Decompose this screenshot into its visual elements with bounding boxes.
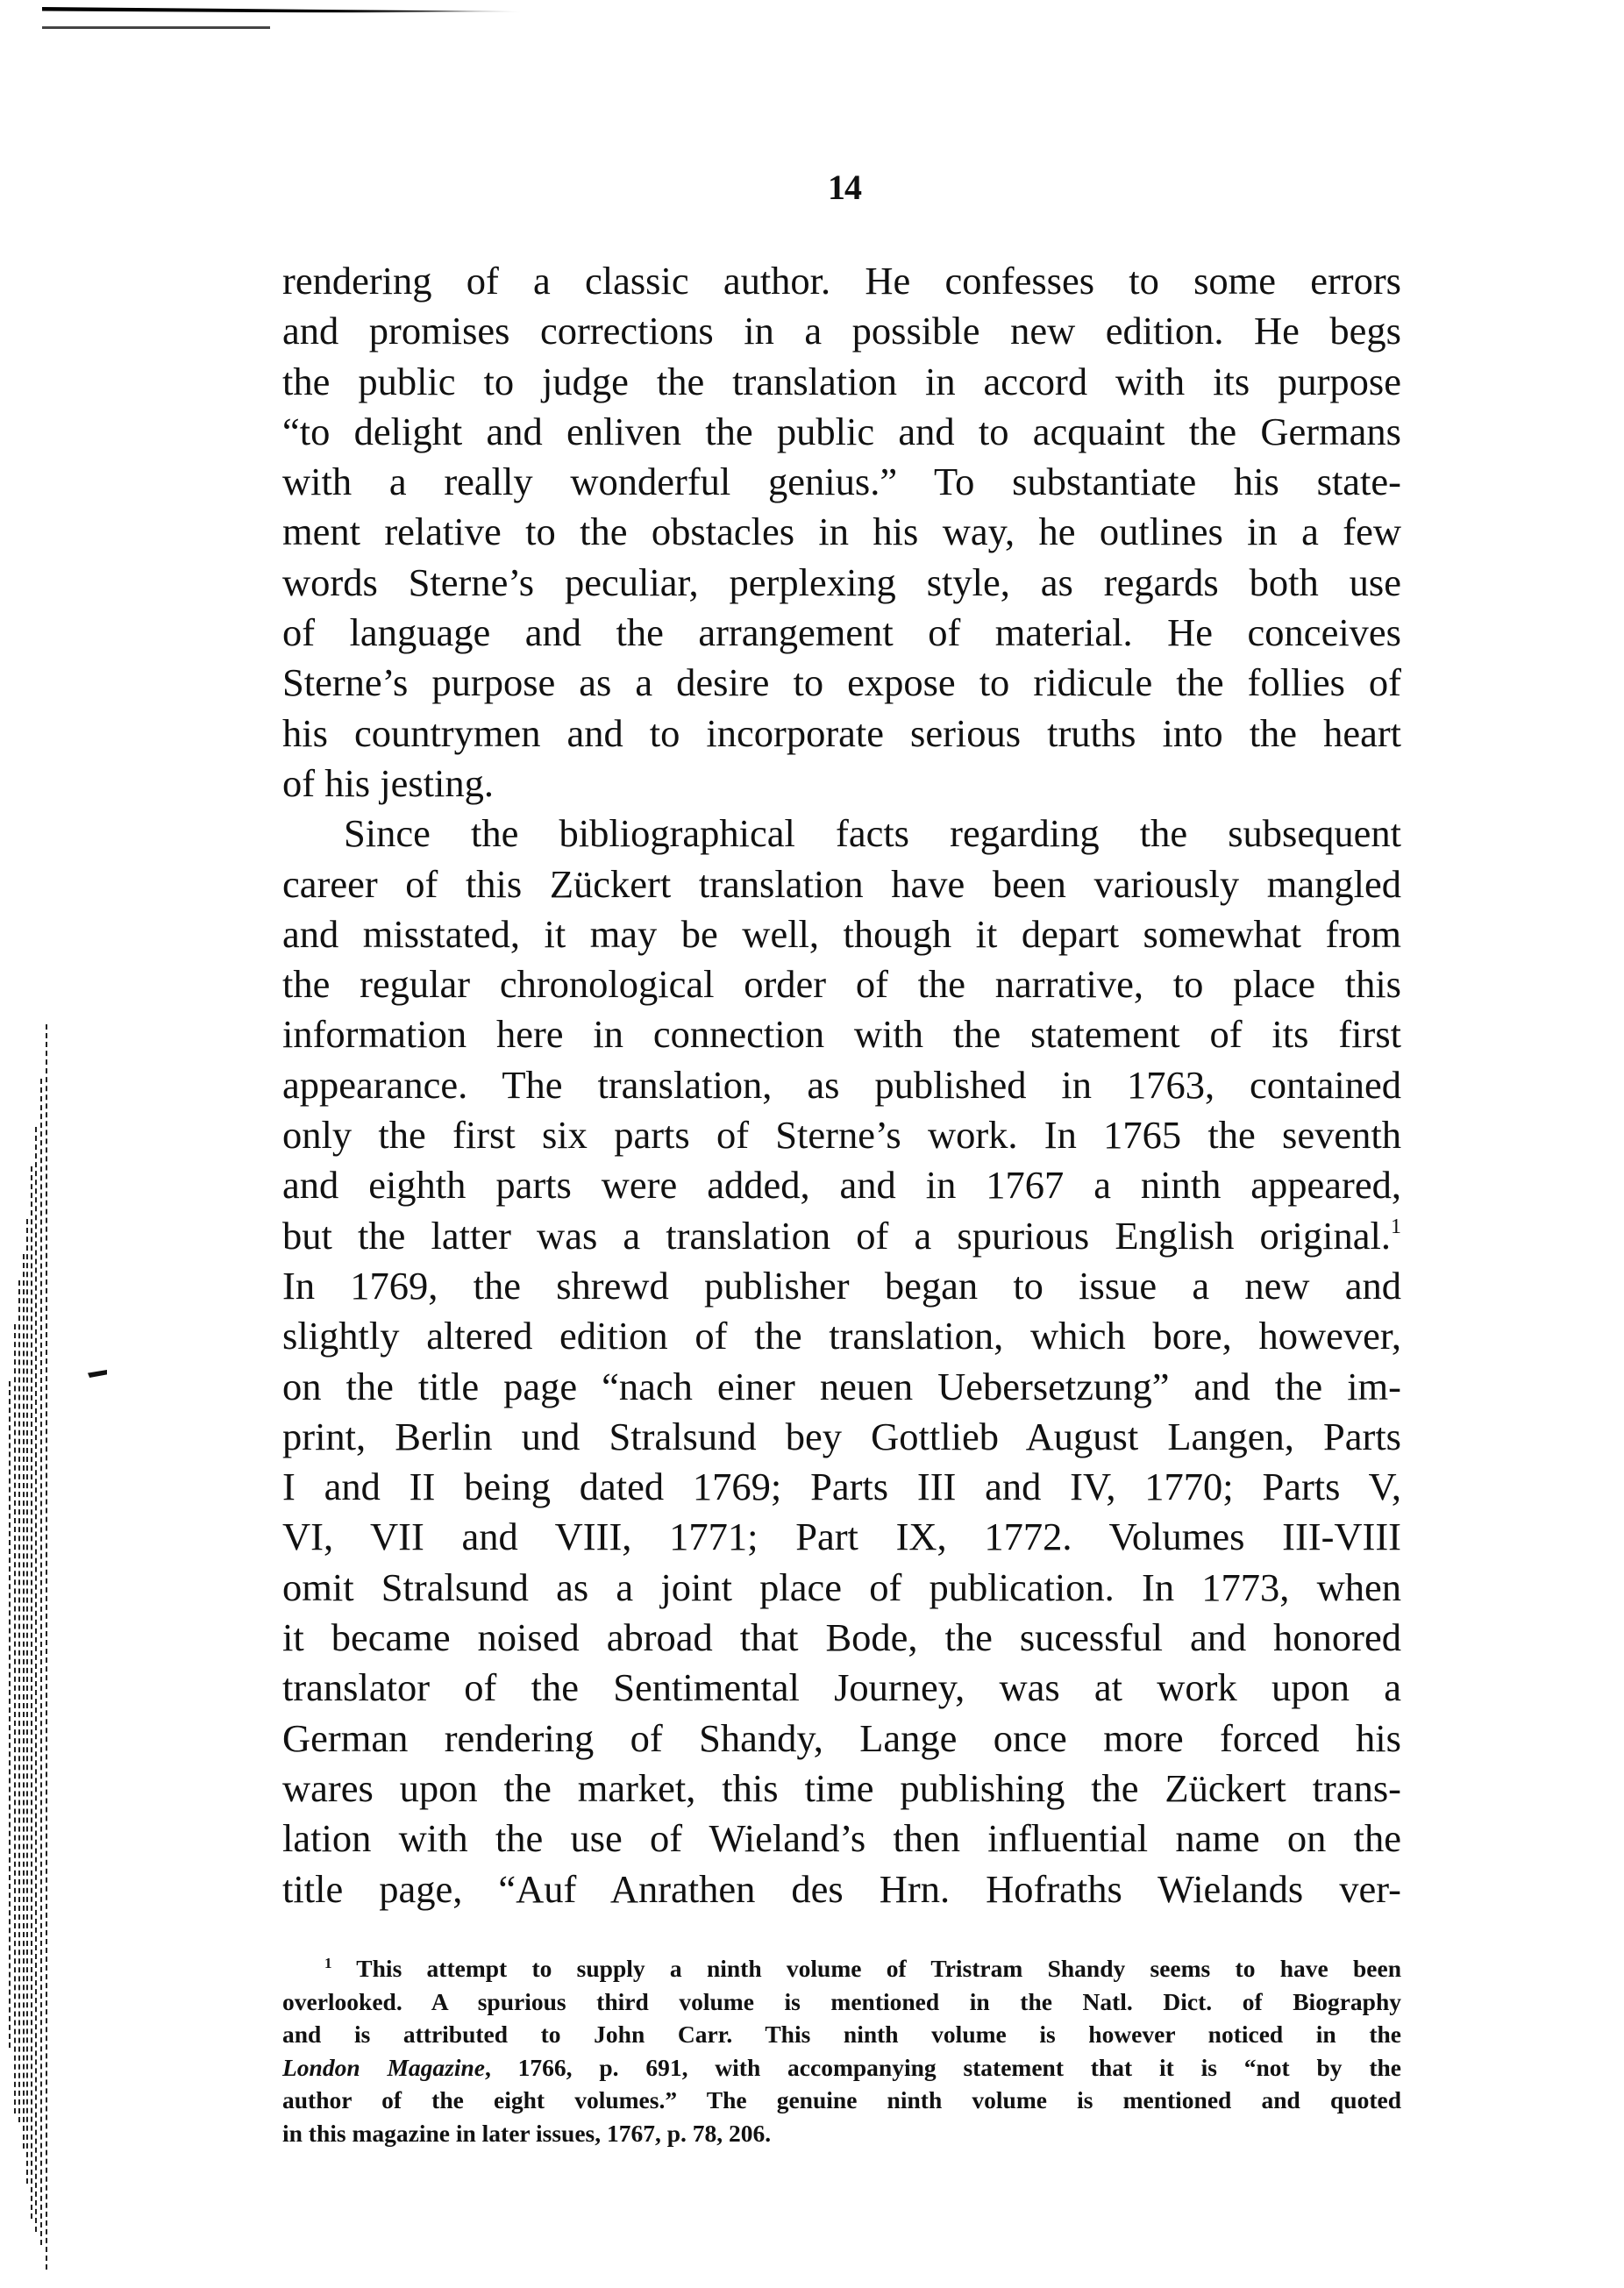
text-line: and eighth parts were added, and in 1767… bbox=[282, 1160, 1401, 1210]
scan-smudge-mark bbox=[88, 1370, 107, 1378]
text-line: ment relative to the obstacles in his wa… bbox=[282, 507, 1401, 557]
text-line: “to delight and enliven the public and t… bbox=[282, 407, 1401, 457]
text-line: appearance. The translation, as publishe… bbox=[282, 1060, 1401, 1110]
text-line: lation with the use of Wieland’s then in… bbox=[282, 1814, 1401, 1864]
text-line: of language and the arrangement of mater… bbox=[282, 608, 1401, 658]
text-line: it became noised abroad that Bode, the s… bbox=[282, 1613, 1401, 1663]
footnote-line: 1 This attempt to supply a ninth volume … bbox=[282, 1952, 1401, 1985]
scan-edge-shadow bbox=[42, 7, 875, 16]
scan-artifact-top-bar bbox=[42, 7, 875, 16]
text-line: words Sterne’s peculiar, perplexing styl… bbox=[282, 558, 1401, 608]
text-line: In 1769, the shrewd publisher began to i… bbox=[282, 1261, 1401, 1311]
footnote-line: overlooked. A spurious third volume is m… bbox=[282, 1985, 1401, 2019]
text-line: slightly altered edition of the translat… bbox=[282, 1311, 1401, 1361]
scan-edge-line bbox=[35, 1127, 37, 2232]
text-line: and misstated, it may be well, though it… bbox=[282, 909, 1401, 959]
text-line: VI, VII and VIII, 1771; Part IX, 1772. V… bbox=[282, 1512, 1401, 1562]
text-line: information here in connection with the … bbox=[282, 1009, 1401, 1059]
text-line: his countrymen and to incorporate seriou… bbox=[282, 709, 1401, 759]
text-line: print, Berlin und Stralsund bey Gottlieb… bbox=[282, 1412, 1401, 1462]
text-line: I and II being dated 1769; Parts III and… bbox=[282, 1462, 1401, 1512]
text-line: the public to judge the translation in a… bbox=[282, 357, 1401, 407]
text-line: career of this Zückert translation have … bbox=[282, 859, 1401, 909]
footnote-line-text: , 1766, p. 691, with accompanying statem… bbox=[485, 2054, 1401, 2081]
scan-edge-line bbox=[31, 1166, 32, 2219]
scan-edge-line bbox=[42, 26, 270, 29]
text-line: on the title page “nach einer neuen Uebe… bbox=[282, 1362, 1401, 1412]
text-line-with-footnote-ref: but the latter was a translation of a sp… bbox=[282, 1211, 1401, 1261]
text-line: wares upon the market, this time publish… bbox=[282, 1764, 1401, 1814]
text-line: title page, “Auf Anrathen des Hrn. Hofra… bbox=[282, 1864, 1401, 1914]
text-line: the regular chronological order of the n… bbox=[282, 959, 1401, 1009]
footnote-reference[interactable]: 1 bbox=[1391, 1215, 1401, 1238]
footnote-line: London Magazine, 1766, p. 691, with acco… bbox=[282, 2051, 1401, 2085]
text-line: rendering of a classic author. He confes… bbox=[282, 256, 1401, 306]
text-line: translator of the Sentimental Journey, w… bbox=[282, 1663, 1401, 1713]
text-line: Sterne’s purpose as a desire to expose t… bbox=[282, 658, 1401, 708]
page-number: 14 bbox=[828, 167, 861, 208]
footnote-marker: 1 bbox=[324, 1955, 332, 1971]
scan-edge-line bbox=[26, 1219, 28, 2184]
scan-edge-line bbox=[9, 1381, 11, 2048]
footnote-line: author of the eight volumes.” The genuin… bbox=[282, 2084, 1401, 2117]
text-line: Since the bibliographical facts regardin… bbox=[282, 809, 1401, 859]
footnote-line-text: This attempt to supply a ninth volume of… bbox=[356, 1955, 1401, 1982]
footnote: 1 This attempt to supply a ninth volume … bbox=[282, 1952, 1401, 2149]
scan-edge-line bbox=[23, 1254, 25, 2149]
footnote-line: in this magazine in later issues, 1767, … bbox=[282, 2117, 1401, 2150]
scan-edge-line bbox=[40, 1079, 42, 2245]
italic-publication-title: London Magazine bbox=[282, 2054, 485, 2081]
footnote-line: and is attributed to John Carr. This nin… bbox=[282, 2018, 1401, 2051]
main-body-text: rendering of a classic author. He confes… bbox=[282, 256, 1401, 1914]
scan-edge-line bbox=[18, 1280, 20, 2122]
text-line: German rendering of Shandy, Lange once m… bbox=[282, 1714, 1401, 1764]
text-line: of his jesting. bbox=[282, 759, 1401, 809]
text-line: only the first six parts of Sterne’s wor… bbox=[282, 1110, 1401, 1160]
text-line: and promises corrections in a possible n… bbox=[282, 306, 1401, 356]
scan-edge-line bbox=[46, 1024, 47, 2270]
scan-edge-line bbox=[14, 1324, 16, 2113]
text-line-content: but the latter was a translation of a sp… bbox=[282, 1214, 1391, 1258]
text-line: with a really wonderful genius.” To subs… bbox=[282, 457, 1401, 507]
text-line: omit Stralsund as a joint place of publi… bbox=[282, 1563, 1401, 1613]
